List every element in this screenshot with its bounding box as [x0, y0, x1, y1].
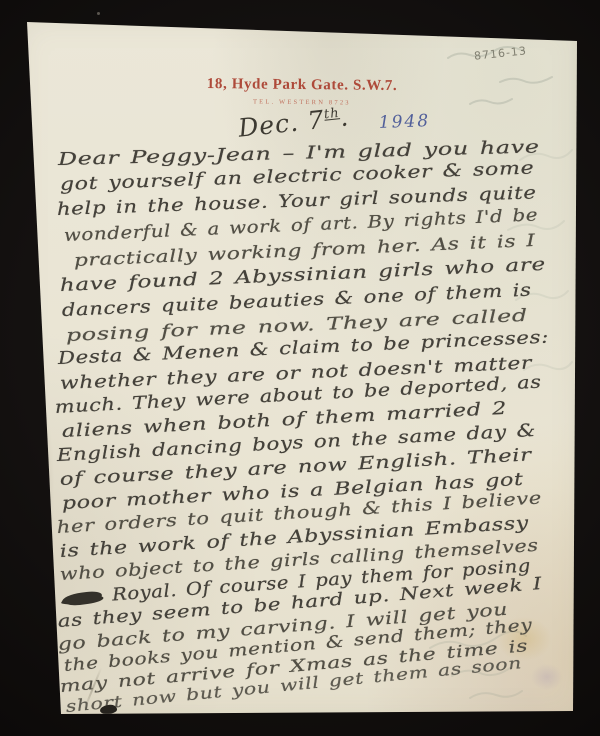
scan-background: 18, Hyde Park Gate. S.W.7. TEL. WESTERN …	[0, 0, 600, 736]
stain	[524, 658, 570, 696]
date-ordinal-suffix: th	[323, 106, 340, 123]
letterhead: 18, Hyde Park Gate. S.W.7. TEL. WESTERN …	[152, 75, 452, 107]
archive-number-annotation: 8716-13	[473, 44, 527, 62]
letter-page: 18, Hyde Park Gate. S.W.7. TEL. WESTERN …	[0, 0, 600, 736]
stain	[28, 380, 58, 600]
ink-blot	[99, 704, 117, 715]
date-line: Dec. 7th. 1948	[238, 108, 430, 137]
ink-scribble-strikeout	[61, 590, 103, 606]
letterhead-address: 18, Hyde Park Gate. S.W.7.	[152, 75, 452, 95]
date-year: 1948	[379, 111, 431, 133]
date-day: Dec. 7th.	[237, 102, 351, 142]
dust-speck	[97, 12, 100, 15]
